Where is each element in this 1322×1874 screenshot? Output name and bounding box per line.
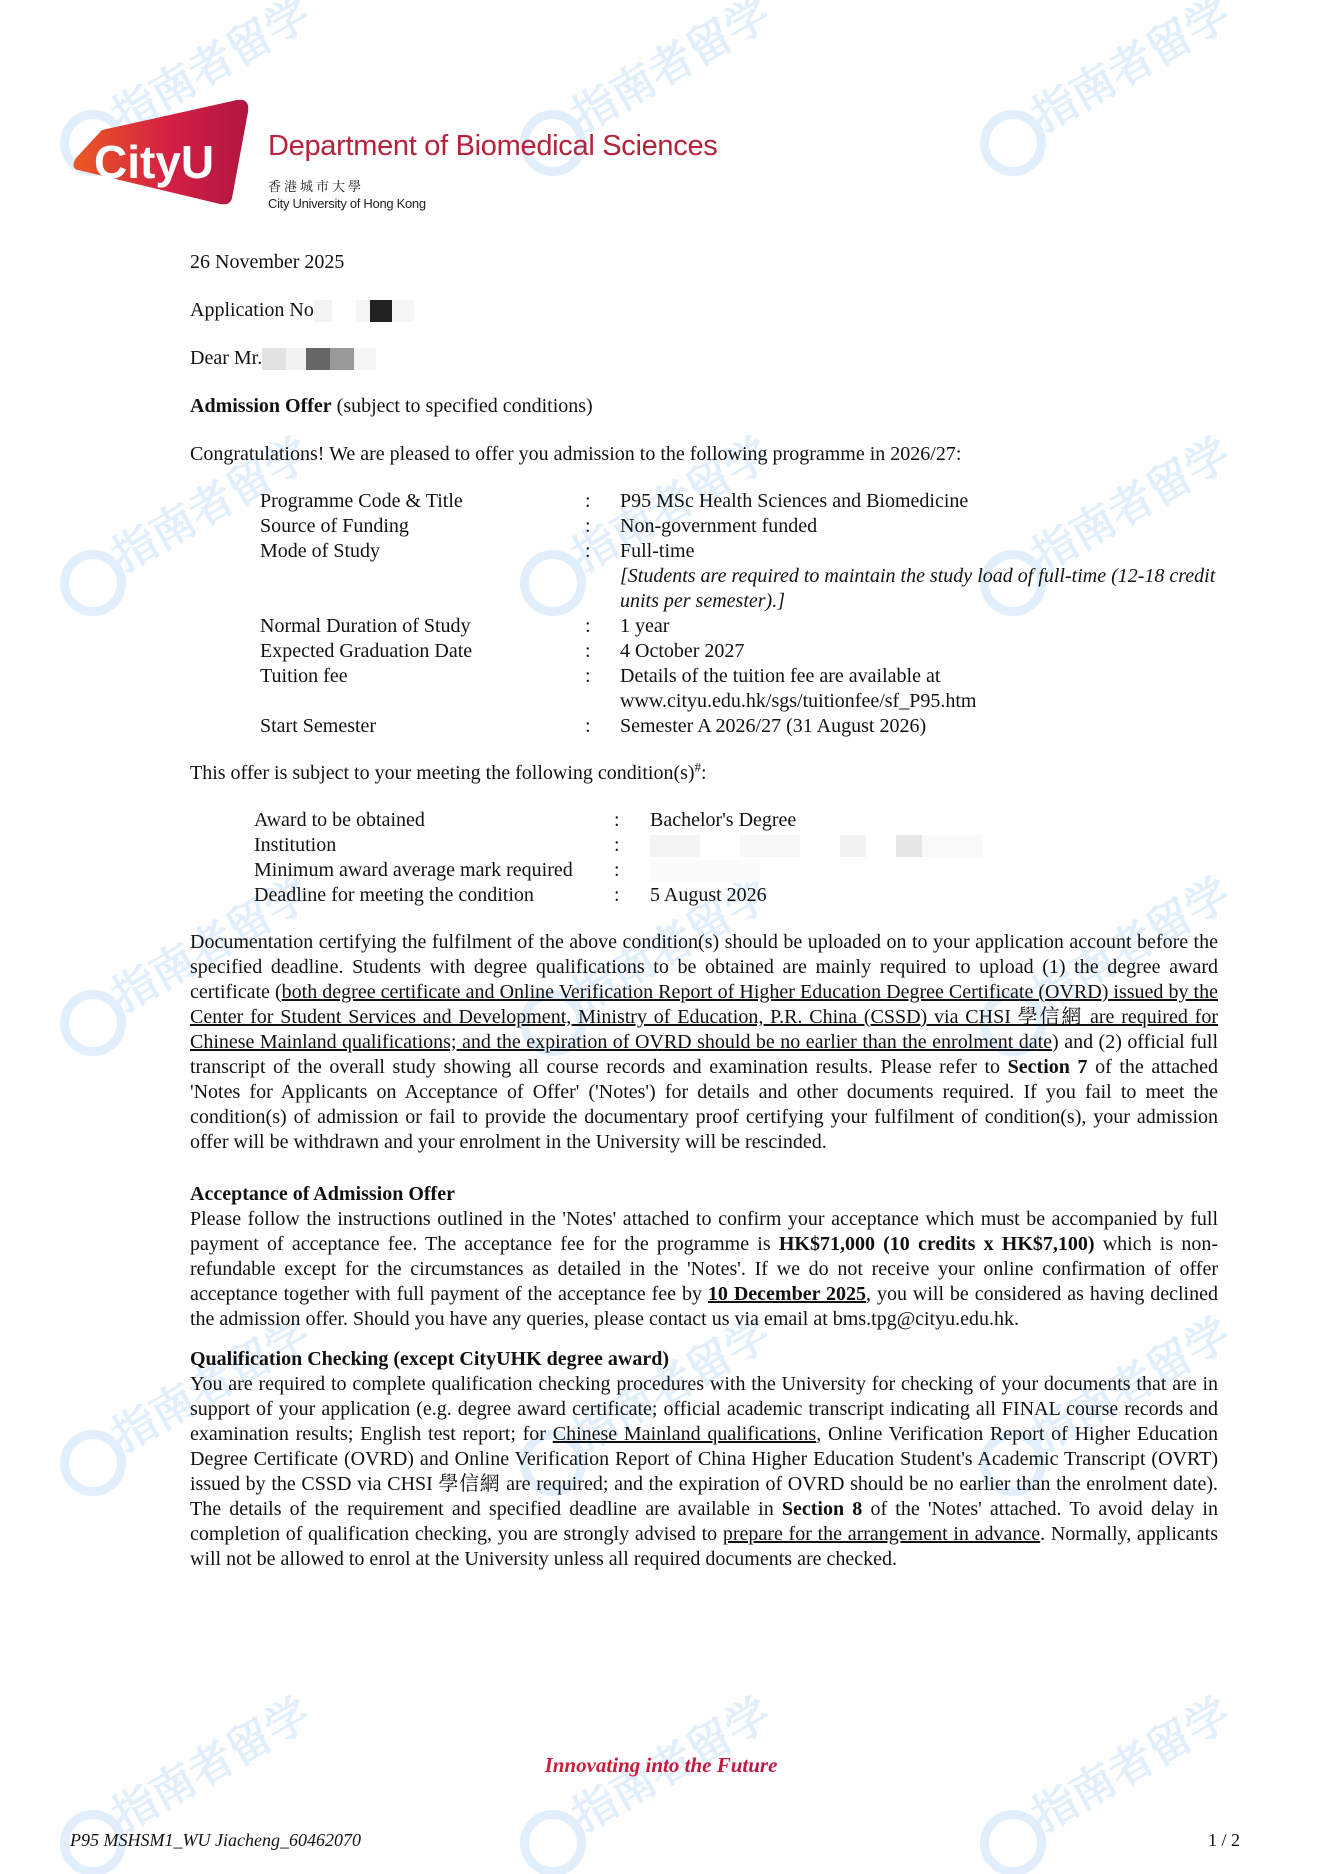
cityu-logo-icon: CityU — [72, 98, 252, 208]
study-load-note: [Students are required to maintain the s… — [620, 564, 1218, 614]
salutation: Dear Mr. — [190, 346, 1218, 371]
redacted-name — [262, 348, 382, 370]
qualification-heading: Qualification Checking (except CityUHK d… — [190, 1347, 1218, 1372]
table-row: Source of Funding:Non-government funded — [260, 514, 1218, 539]
qualification-paragraph: You are required to complete qualificati… — [190, 1372, 1218, 1572]
table-row: Programme Code & Title:P95 MSc Health Sc… — [260, 489, 1218, 514]
documentation-paragraph: Documentation certifying the fulfilment … — [190, 930, 1218, 1155]
conditions-intro: This offer is subject to your meeting th… — [190, 761, 1218, 786]
department-title: Department of Biomedical Sciences — [268, 130, 717, 163]
document-reference: P95 MSHSM1_WU Jiacheng_60462070 — [70, 1830, 361, 1851]
page-number: 1 / 2 — [1208, 1830, 1240, 1851]
watermark-logo-icon — [520, 1810, 586, 1874]
university-name-chinese: 香港城市大學 — [268, 176, 364, 195]
watermark-logo-icon — [980, 110, 1046, 176]
table-row: Normal Duration of Study:1 year — [260, 614, 1218, 639]
table-row: Award to be obtained:Bachelor's Degree — [254, 808, 1030, 833]
offer-intro: Congratulations! We are pleased to offer… — [190, 442, 1218, 467]
table-row: Minimum award average mark required: — [254, 858, 1030, 883]
table-row: Tuition fee:Details of the tuition fee a… — [260, 664, 1218, 714]
table-row: Start Semester:Semester A 2026/27 (31 Au… — [260, 714, 1218, 739]
offer-heading: Admission Offer (subject to specified co… — [190, 394, 1218, 419]
watermark-logo-icon — [980, 1810, 1046, 1874]
contact-email[interactable]: bms.tpg@cityu.edu.hk — [833, 1308, 1014, 1330]
offer-letter-page: 指南者留学 指南者留学 指南者留学 指南者留学 指南者留学 指南者留学 指南者留… — [0, 0, 1322, 1874]
tuition-fee-link[interactable]: www.cityu.edu.hk/sgs/tuitionfee/sf_P95.h… — [620, 689, 1218, 714]
programme-details-table: Programme Code & Title:P95 MSc Health Sc… — [260, 489, 1218, 739]
table-row: Deadline for meeting the condition:5 Aug… — [254, 883, 1030, 908]
redacted-application-number — [314, 300, 424, 322]
svg-text:CityU: CityU — [94, 136, 214, 188]
table-row: Mode of Study:Full-time[Students are req… — [260, 539, 1218, 614]
table-row: Expected Graduation Date:4 October 2027 — [260, 639, 1218, 664]
watermark-logo-icon — [60, 990, 126, 1056]
redacted-mark — [650, 860, 760, 882]
watermark-logo-icon — [60, 550, 126, 616]
watermark-logo-icon — [60, 1430, 126, 1496]
acceptance-paragraph: Please follow the instructions outlined … — [190, 1207, 1218, 1332]
conditions-table: Award to be obtained:Bachelor's Degree I… — [254, 808, 1030, 908]
acceptance-heading: Acceptance of Admission Offer — [190, 1182, 1218, 1207]
application-number: Application No — [190, 298, 1218, 323]
acceptance-deadline: 10 December 2025 — [708, 1283, 866, 1305]
table-row: Institution: — [254, 833, 1030, 858]
university-name-english: City University of Hong Kong — [268, 196, 426, 211]
letter-date: 26 November 2025 — [190, 250, 1218, 275]
redacted-institution — [650, 835, 1030, 857]
tagline: Innovating into the Future — [0, 1753, 1322, 1778]
letter-body: 26 November 2025 Application No Dear Mr.… — [190, 250, 1218, 1572]
